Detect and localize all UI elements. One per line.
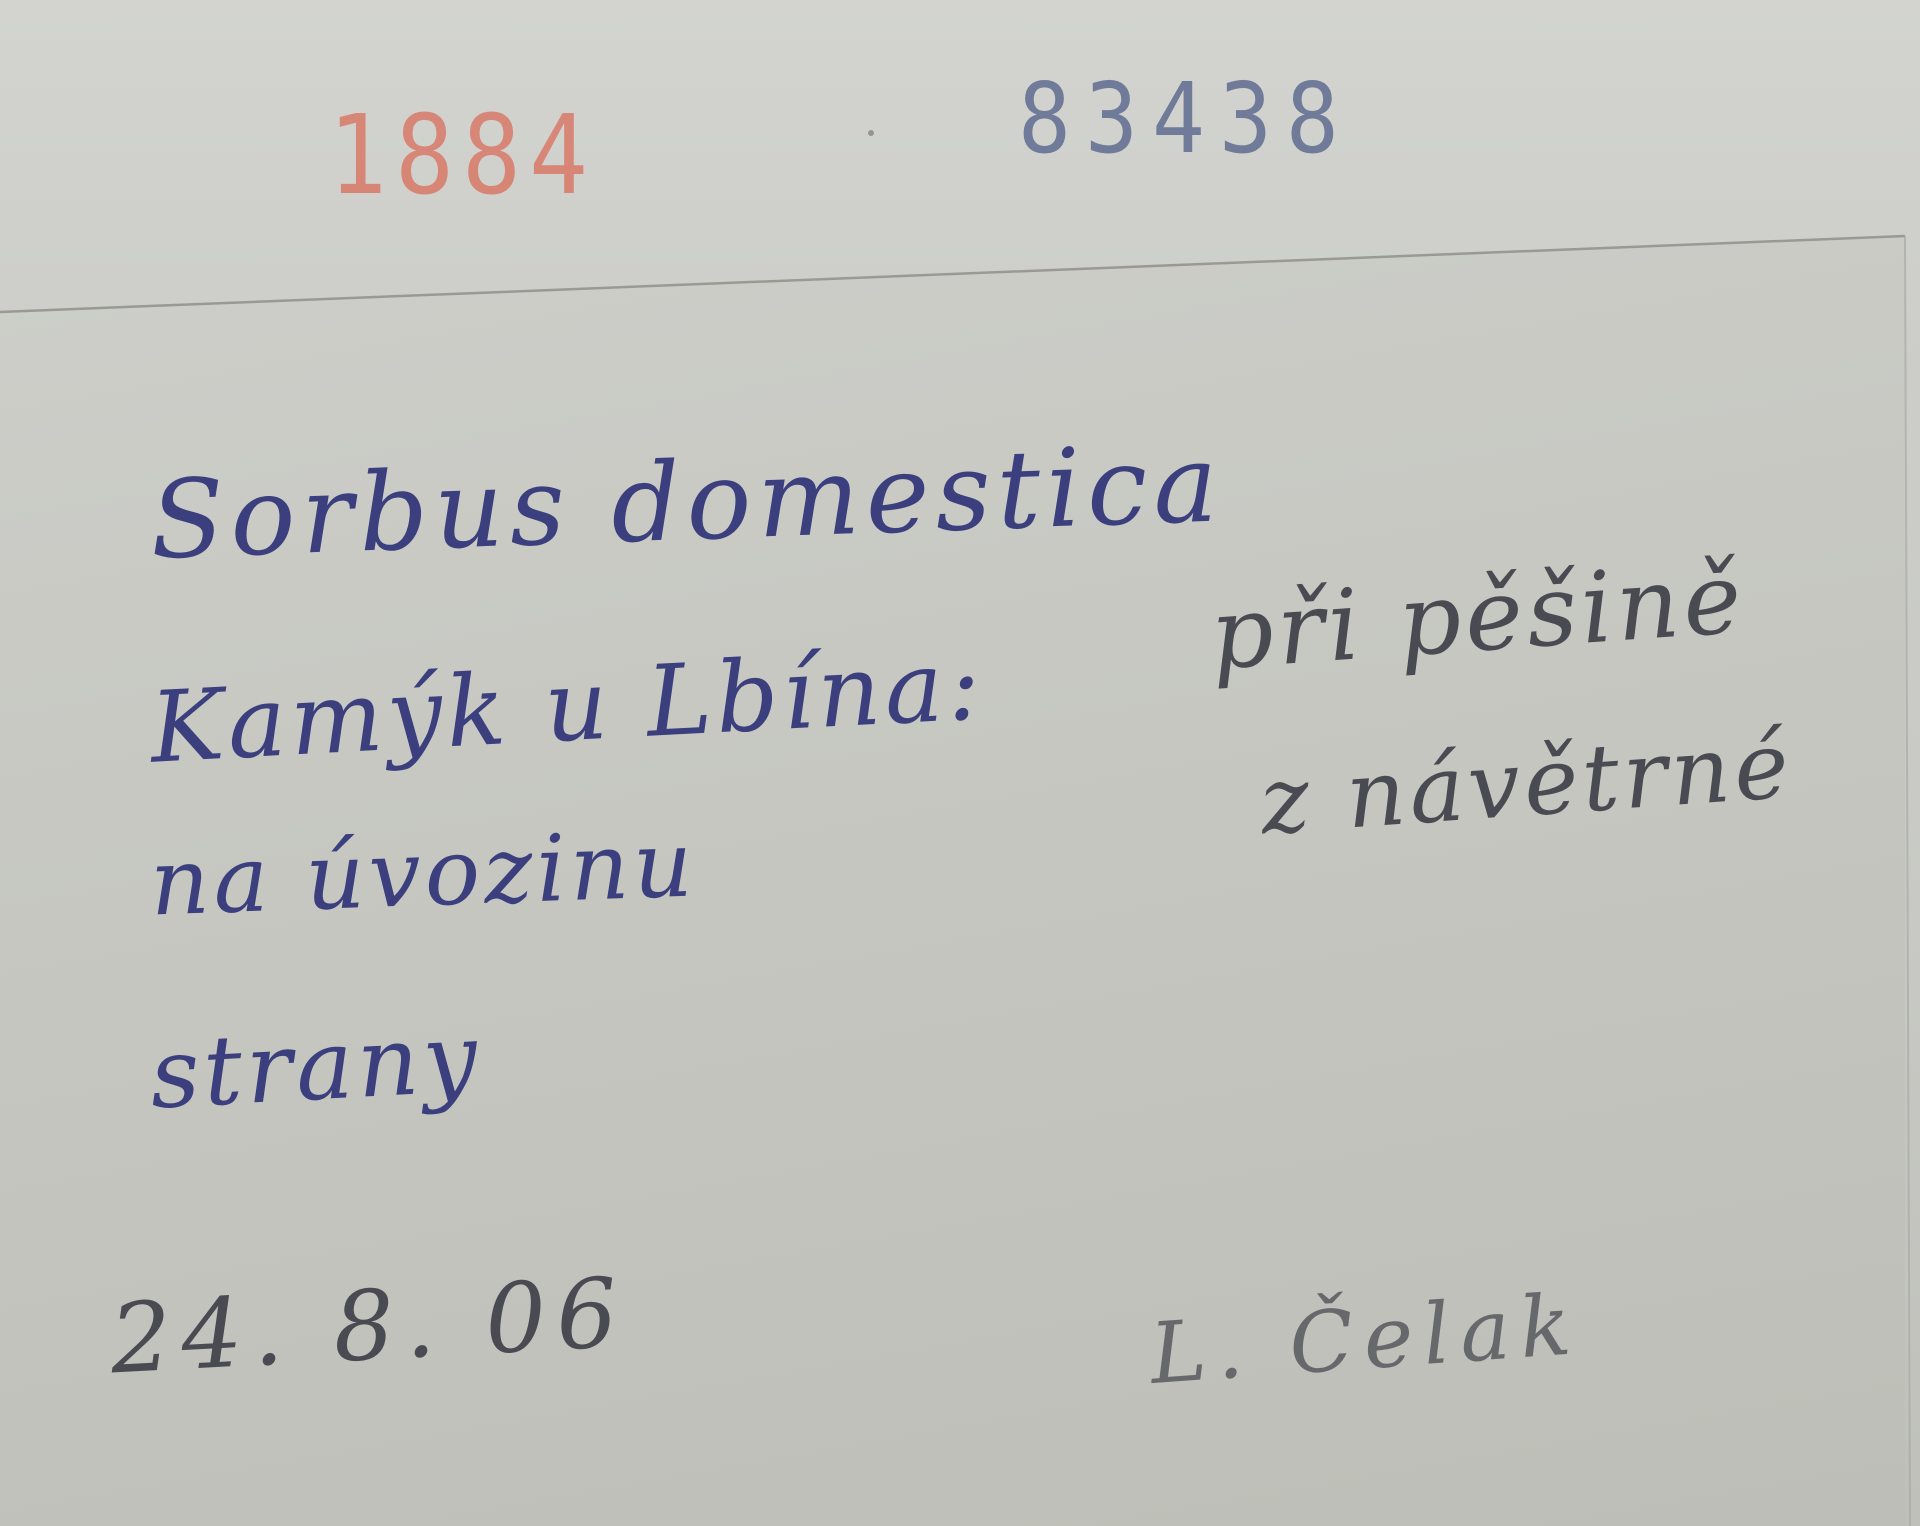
separator-dot <box>868 130 874 136</box>
locality-line-2-left: na úvozinu <box>148 810 698 936</box>
scanned-document: 1884 83438 Sorbus domestica Kamýk u Lbín… <box>0 0 1920 1526</box>
locality-line-3: strany <box>147 1001 483 1130</box>
blue-stamp-number: 83438 <box>1018 62 1353 175</box>
red-stamp-number: 1884 <box>328 92 596 220</box>
